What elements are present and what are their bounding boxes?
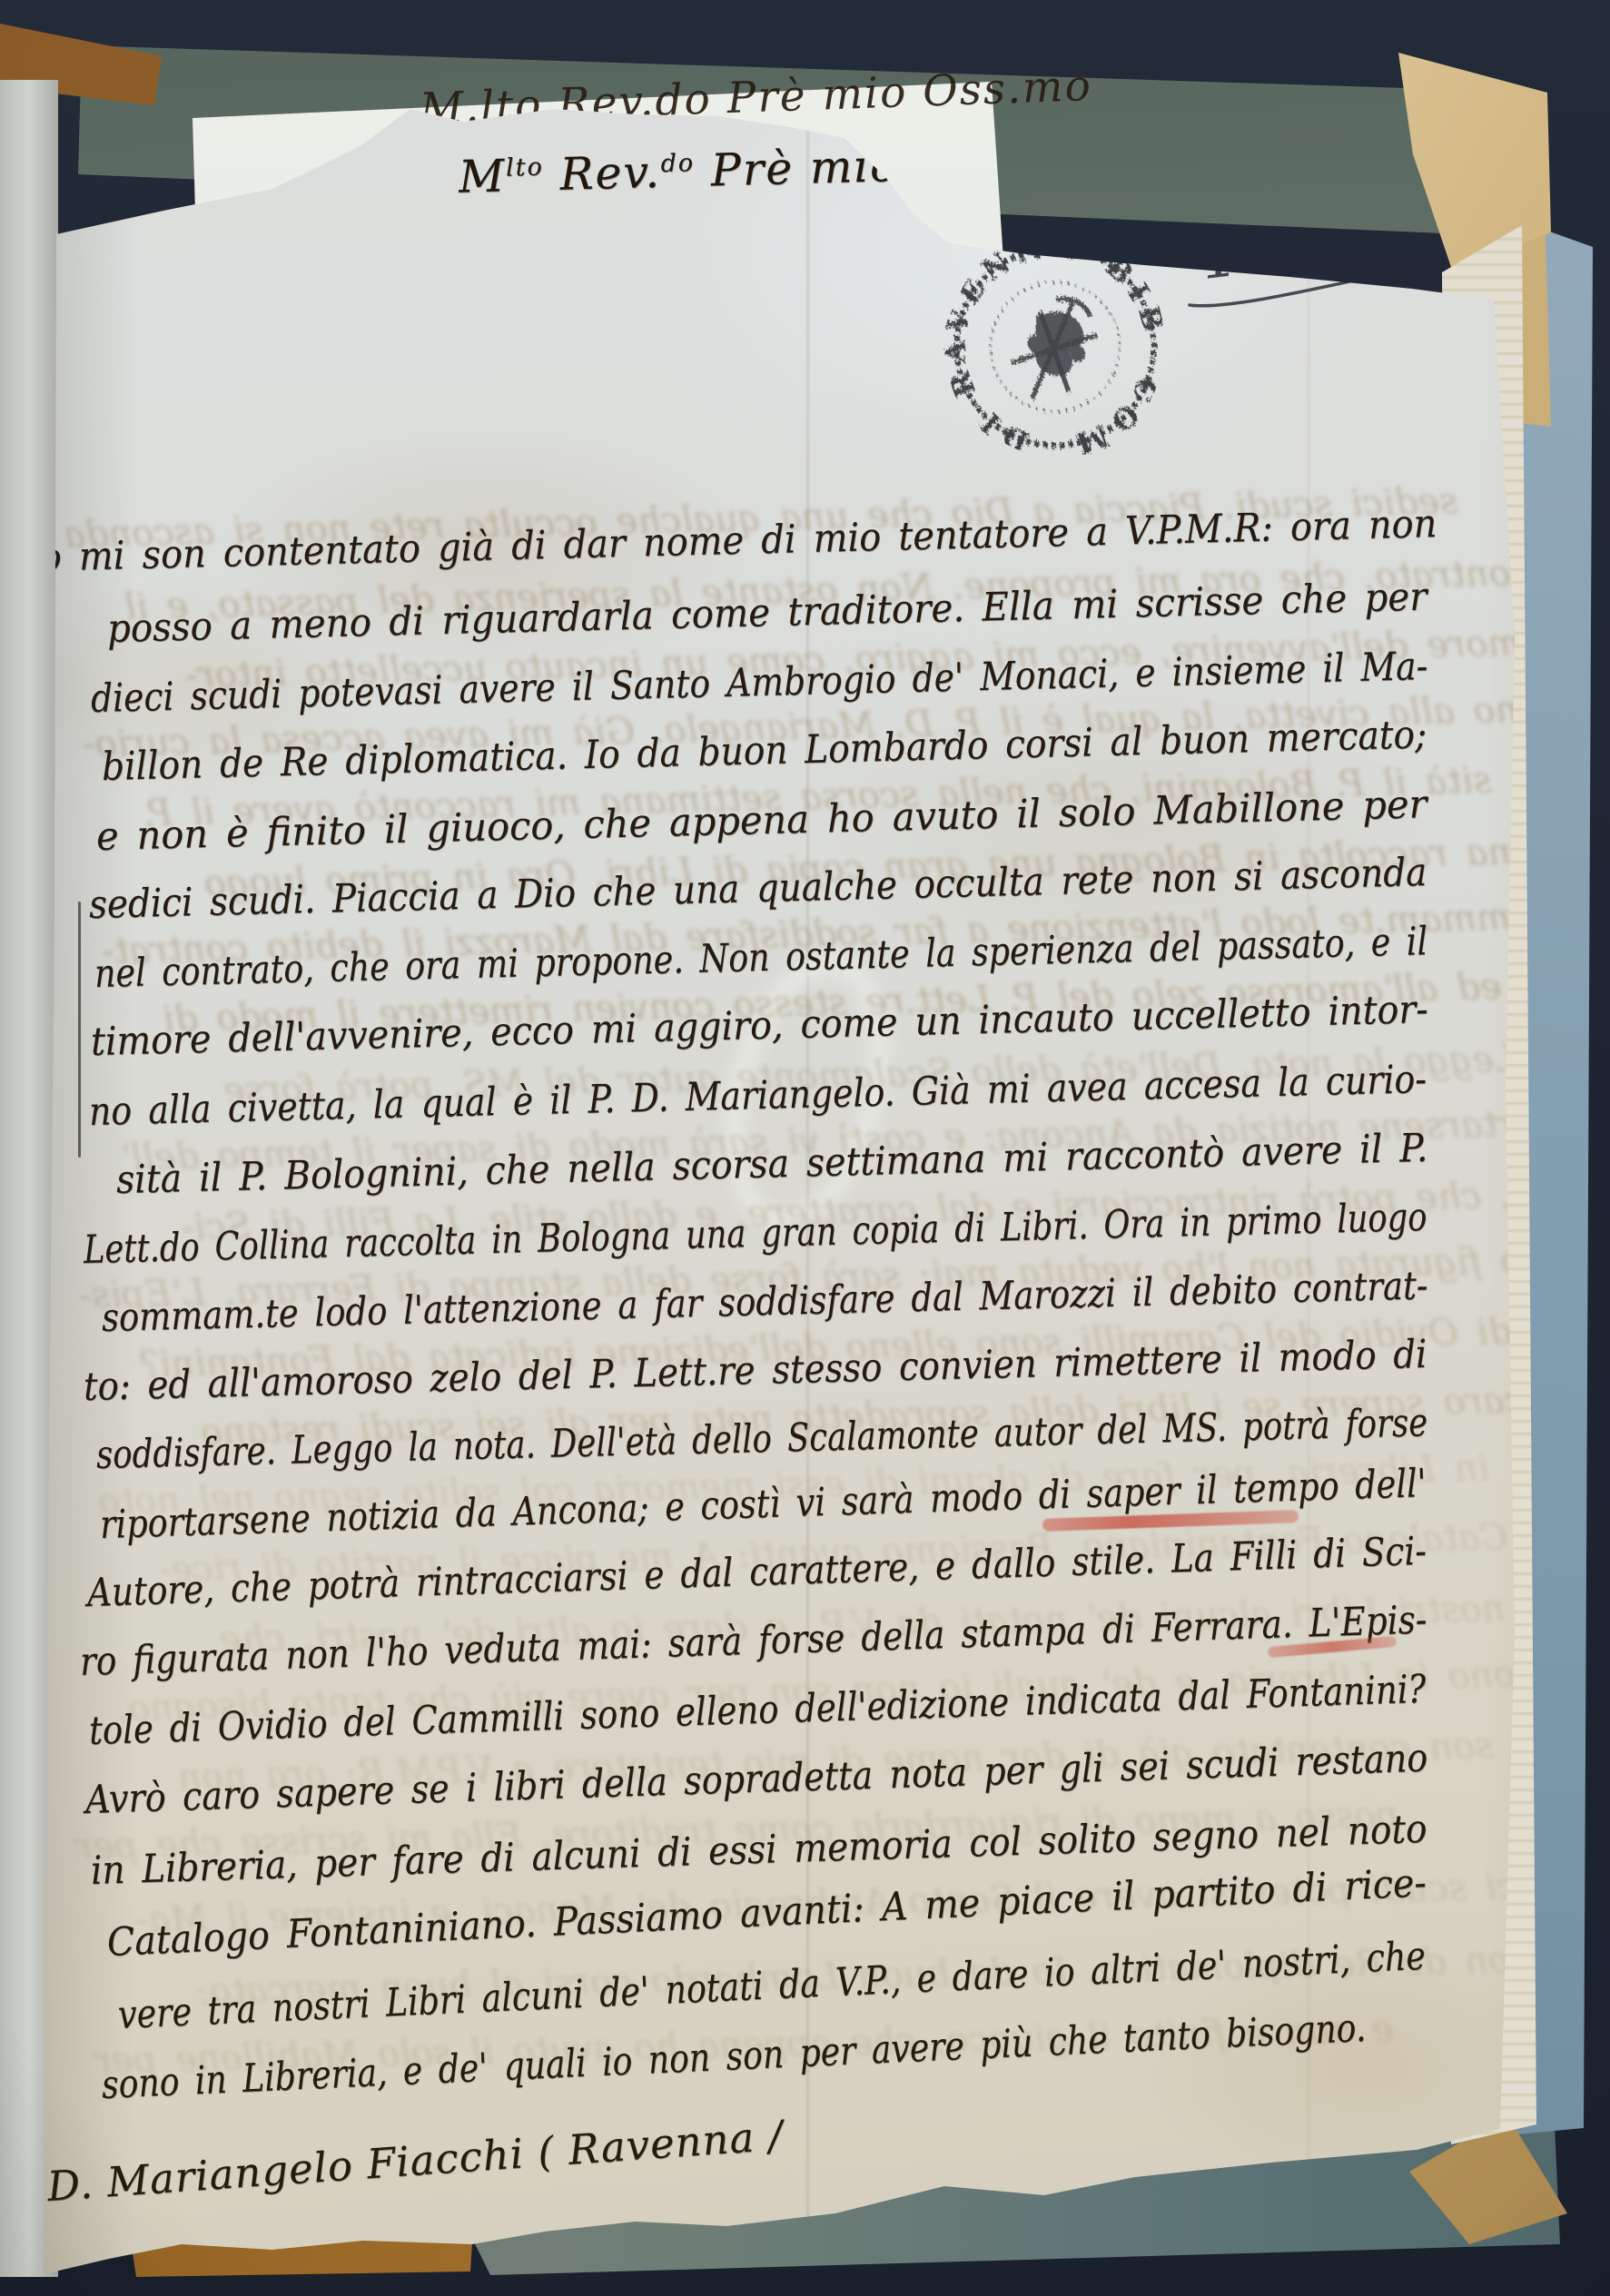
salutation-part: Rev. (543, 146, 661, 201)
library-stamp: BIB· COM· DI RAVENNA (911, 202, 1200, 492)
folio-underline-flourish (1182, 269, 1382, 314)
salutation-superscript: lto (506, 153, 544, 182)
salutation-part: M (458, 150, 507, 202)
manuscript-page: Mlto Rev.do Prè mio Oss.mo (0, 0, 1610, 2296)
margin-mark-line (78, 902, 81, 1158)
docket-recipient-line: D. Mariangelo Fiacchi ( Ravenna / (45, 2111, 785, 2211)
salutation-superscript: do (660, 149, 695, 178)
manuscript-scan: M.lto Rev.do Prè mio Oss.mo Mlto Rev.do … (0, 0, 1610, 2296)
